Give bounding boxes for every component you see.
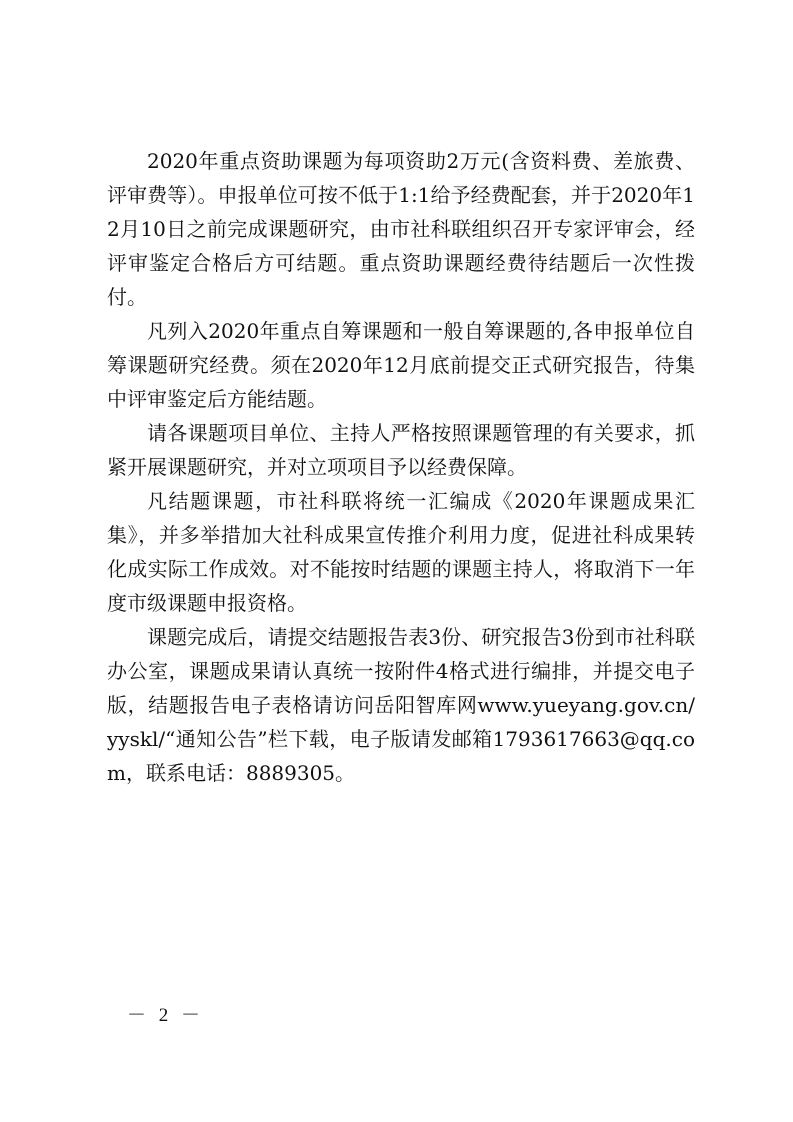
page-number: － 2 － — [127, 1000, 204, 1027]
paragraph-self-funded: 凡列入2020年重点自筹课题和一般自筹课题的,各申报单位自筹课题研究经费。须在2… — [107, 314, 695, 416]
paragraph-funding: 2020年重点资助课题为每项资助2万元(含资料费、差旅费、评审费等）。申报单位可… — [107, 144, 695, 314]
document-body: 2020年重点资助课题为每项资助2万元(含资料费、差旅费、评审费等）。申报单位可… — [107, 144, 695, 790]
document-page: 2020年重点资助课题为每项资助2万元(含资料费、差旅费、评审费等）。申报单位可… — [0, 0, 793, 1122]
paragraph-compilation: 凡结题课题，市社科联将统一汇编成《2020年课题成果汇集》，并多举措加大社科成果… — [107, 484, 695, 620]
paragraph-submission: 课题完成后，请提交结题报告表3份、研究报告3份到市社科联办公室，课题成果请认真统… — [107, 620, 695, 790]
paragraph-requirements: 请各课题项目单位、主持人严格按照课题管理的有关要求，抓紧开展课题研究，并对立项项… — [107, 416, 695, 484]
